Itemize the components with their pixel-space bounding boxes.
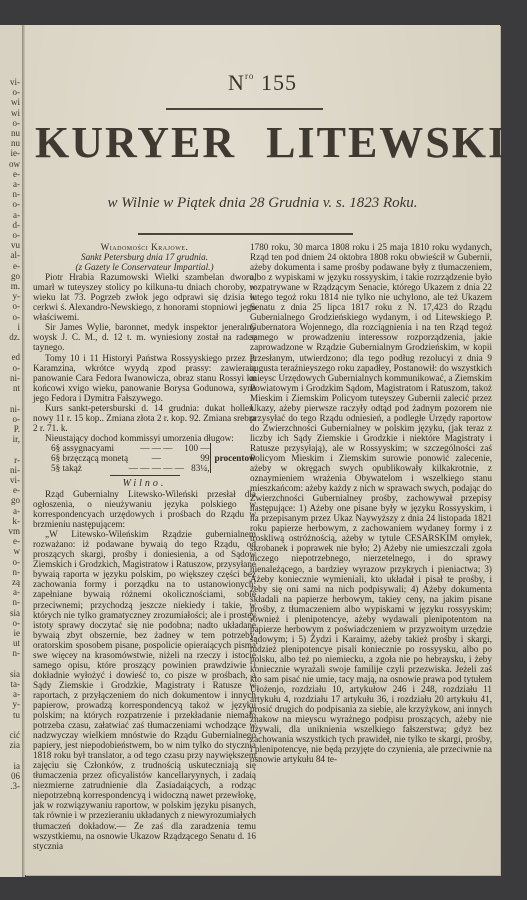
text-fragment: o- <box>0 312 22 322</box>
text-fragment: e- <box>0 169 22 179</box>
text-fragment: nt <box>0 383 22 393</box>
article-paragraph: Sir James Wylie, baronnet, medyk inspekt… <box>33 322 256 352</box>
divider-rule <box>166 108 323 110</box>
text-fragment: d- <box>0 220 22 230</box>
text-fragment: nu <box>0 128 22 138</box>
debt-table: 6§ assygnacyami — — — 100 — procentow 6§… <box>33 443 256 473</box>
text-fragment: cić <box>0 730 22 740</box>
divider-rule <box>110 475 180 476</box>
text-fragment: e- <box>0 536 22 546</box>
text-fragment: al- <box>0 250 22 260</box>
text-fragment: sia <box>0 669 22 679</box>
article-paragraph: Rząd Gubernialny Litewsko-Wileński przes… <box>33 489 256 529</box>
article-paragraph: Kurs sankt-petersburski d. 14 grudnia: d… <box>33 403 256 433</box>
text-fragment <box>0 659 22 669</box>
text-fragment: go <box>0 495 22 505</box>
text-fragment: sia <box>0 608 22 618</box>
right-column: 1780 roku, 30 marca 1808 roku i 25 maja … <box>250 242 492 764</box>
article-paragraph: Tomy 10 i 11 Historyi Państwa Rossyyskie… <box>33 353 256 403</box>
previous-page-fragment: vi-o-wiwio-nunuie-owe-a-n-o-a-d-o-vual-e… <box>0 25 24 877</box>
text-fragment: n- <box>0 648 22 658</box>
source-note: (z Gazety le Conservateur Impartial.) <box>33 262 256 272</box>
text-fragment: ie <box>0 628 22 638</box>
text-fragment: vm <box>0 526 22 536</box>
text-fragment: n- <box>0 567 22 577</box>
text-fragment <box>0 393 22 403</box>
text-fragment: y- <box>0 699 22 709</box>
text-fragment: o- <box>0 414 22 424</box>
text-fragment: zą <box>0 577 22 587</box>
text-fragment: n- <box>0 597 22 607</box>
dateline-spb: Sankt Petersburg dnia 17 grudnia. <box>33 252 256 262</box>
text-fragment: y- <box>0 291 22 301</box>
divider-rule <box>138 233 353 235</box>
text-fragment: ia <box>0 761 22 771</box>
text-fragment: ow <box>0 159 22 169</box>
text-fragment: wi <box>0 97 22 107</box>
text-fragment: m. <box>0 281 22 291</box>
issue-number: Nro 155 <box>25 70 500 96</box>
text-fragment: ni- <box>0 404 22 414</box>
text-fragment: o- <box>0 557 22 567</box>
text-fragment: a- <box>0 179 22 189</box>
left-column: Wiadomości Krajowe. Sankt Petersburg dni… <box>33 242 256 851</box>
text-fragment: vi- <box>0 77 22 87</box>
text-fragment: e- <box>0 261 22 271</box>
text-fragment: ni- <box>0 465 22 475</box>
text-fragment: o- <box>0 363 22 373</box>
text-fragment: a- <box>0 689 22 699</box>
text-fragment: wi <box>0 108 22 118</box>
text-fragment: dz. <box>0 332 22 342</box>
text-fragment: 06 <box>0 771 22 781</box>
newspaper-title: KURYERLITEWSKI <box>35 117 480 168</box>
text-fragment: o- <box>0 199 22 209</box>
text-fragment: k- <box>0 516 22 526</box>
section-heading-wilno: Wilno. <box>33 479 256 489</box>
text-fragment: a- <box>0 210 22 220</box>
text-fragment: o- <box>0 618 22 628</box>
text-fragment: a- <box>0 506 22 516</box>
text-fragment: P. <box>0 424 22 434</box>
text-fragment: r- <box>0 455 22 465</box>
text-fragment: vu <box>0 240 22 250</box>
text-fragment: tu <box>0 710 22 720</box>
text-fragment: ut <box>0 638 22 648</box>
text-fragment: a- <box>0 587 22 597</box>
article-paragraph: 1780 roku, 30 marca 1808 roku i 25 maja … <box>250 242 492 764</box>
article-paragraph: Piotr Hrabia Razumowski Wielki szambelan… <box>33 272 256 322</box>
text-fragment: n- <box>0 189 22 199</box>
text-fragment <box>0 720 22 730</box>
text-fragment: o- <box>0 118 22 128</box>
article-paragraph: „W Litewsko-Wileńskim Rządzie gubernialn… <box>33 529 256 851</box>
text-fragment: o- <box>0 301 22 311</box>
text-fragment <box>0 750 22 760</box>
text-fragment: w <box>0 546 22 556</box>
text-fragment: .3- <box>0 781 22 791</box>
text-fragment: ed <box>0 352 22 362</box>
text-fragment: o- <box>0 230 22 240</box>
text-fragment: o- <box>0 87 22 97</box>
text-fragment: ni- <box>0 373 22 383</box>
text-fragment: ie- <box>0 148 22 158</box>
issue-dateline: w Wilnie w Piątek dnia 28 Grudnia v. s. … <box>25 195 500 212</box>
text-fragment: nu <box>0 138 22 148</box>
text-fragment: ir, <box>0 434 22 444</box>
text-fragment <box>0 342 22 352</box>
text-fragment: zia <box>0 740 22 750</box>
text-fragment <box>0 444 22 454</box>
table-row: 6§ assygnacyami — — — 100 — procentow <box>33 443 256 453</box>
section-heading: Wiadomości Krajowe. <box>33 242 256 252</box>
article-paragraph: Nieustający dochod kommissyi umorzenia d… <box>33 433 256 443</box>
text-fragment: go <box>0 271 22 281</box>
newspaper-page: Nro 155 KURYERLITEWSKI w Wilnie w Piątek… <box>25 25 500 875</box>
text-fragment: i <box>0 322 22 332</box>
text-fragment: vi- <box>0 475 22 485</box>
text-fragment: e- <box>0 485 22 495</box>
text-fragment: ta- <box>0 679 22 689</box>
